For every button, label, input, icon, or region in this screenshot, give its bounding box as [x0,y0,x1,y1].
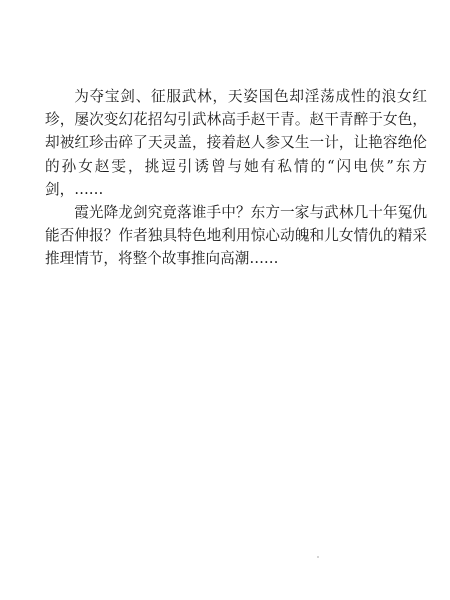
scan-speck [317,556,319,558]
paragraph-teaser: 霞光降龙剑究竟落谁手中？东方一家与武林几十年冤仇能否伸报？作者独具特色地利用惊心… [45,201,427,271]
paragraph-plot-summary: 为夺宝剑、征服武林，天姿国色却淫荡成性的浪女红珍，屡次变幻花招勾引武林高手赵干青… [45,85,427,201]
blurb-text: 为夺宝剑、征服武林，天姿国色却淫荡成性的浪女红珍，屡次变幻花招勾引武林高手赵干青… [45,85,427,271]
book-page: 为夺宝剑、征服武林，天姿国色却淫荡成性的浪女红珍，屡次变幻花招勾引武林高手赵干青… [0,0,450,600]
